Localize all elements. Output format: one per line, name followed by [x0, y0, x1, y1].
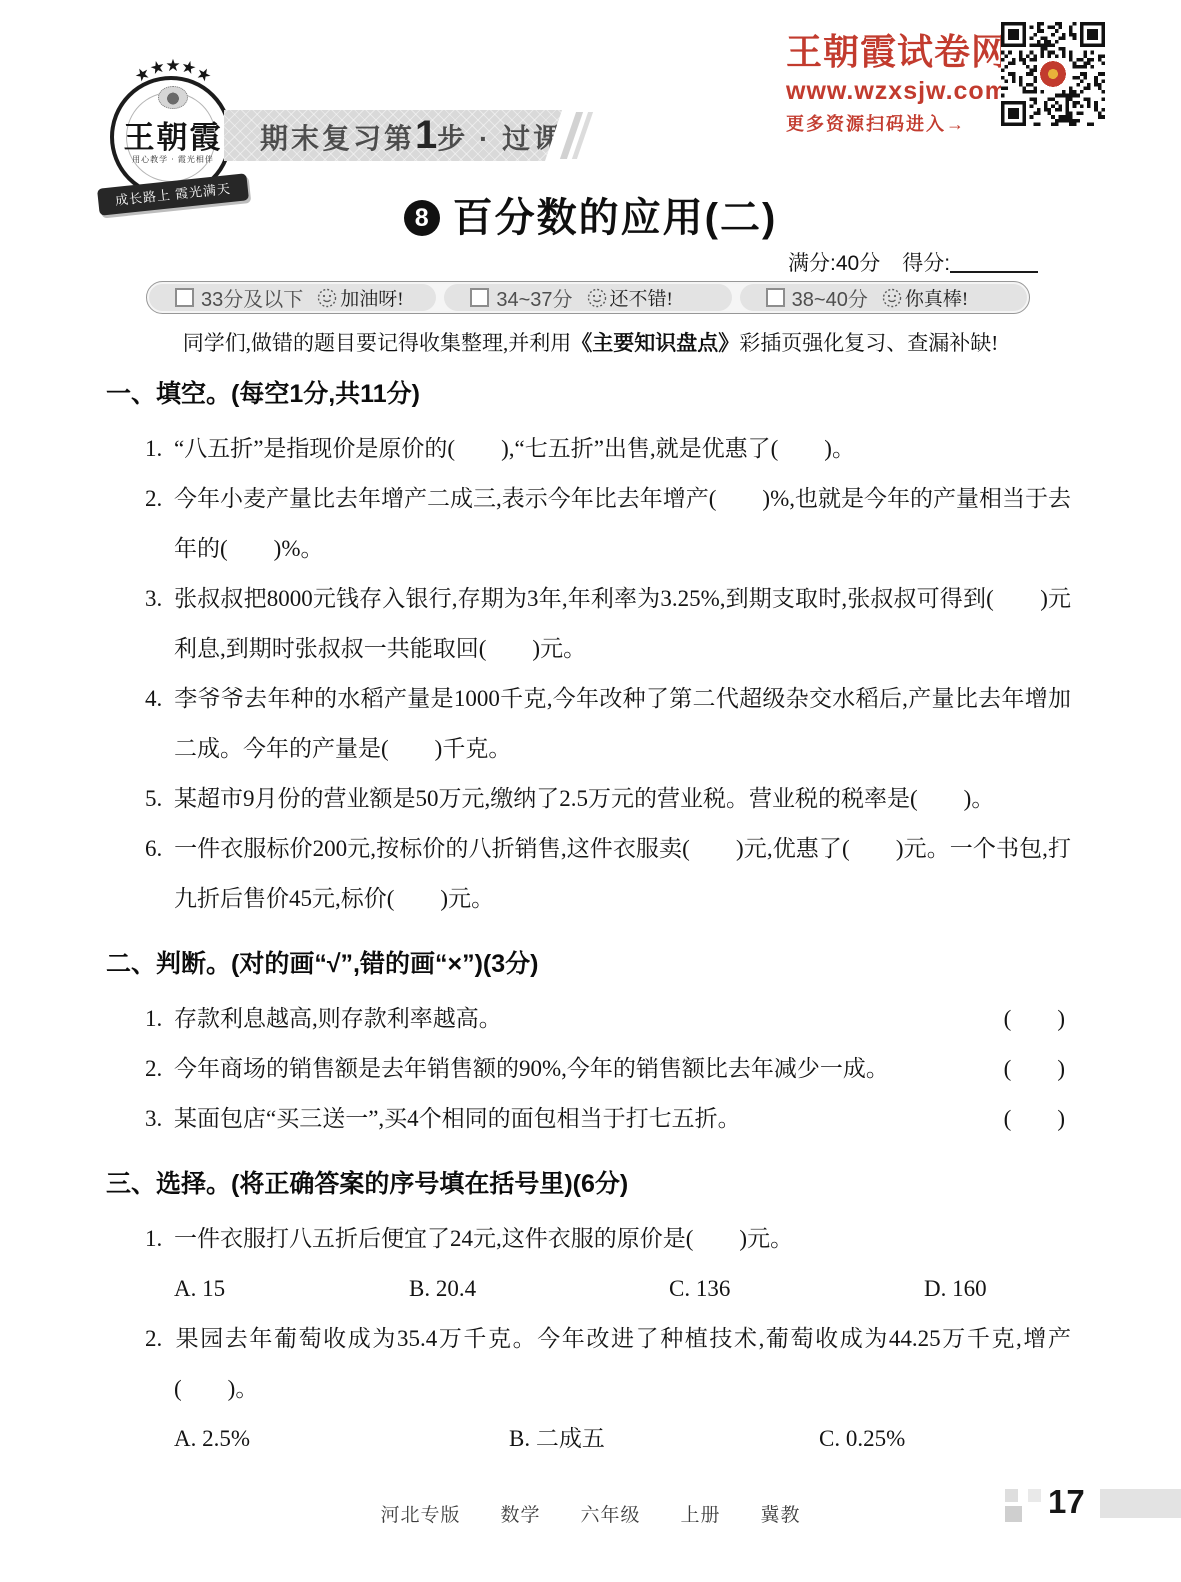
question: 1.“八五折”是指现价是原价的( ),“七五折”出售,就是优惠了( )。 — [145, 424, 1071, 474]
content: 一、填空。(每空1分,共11分) 1.“八五折”是指现价是原价的( ),“七五折… — [106, 376, 1071, 1464]
qr-code — [1001, 22, 1105, 126]
notice-book-title: 《主要知识盘点》 — [571, 332, 739, 355]
option-a: A. 15 — [174, 1264, 409, 1314]
notice-pre: 同学们,做错的题目要记得收集整理,并利用 — [183, 331, 572, 355]
smiley-icon — [317, 288, 337, 308]
question-text: 张叔叔把8000元钱存入银行,存期为3年,年利率为3.25%,到期支取时,张叔叔… — [174, 586, 1071, 661]
question: 2.今年商场的销售额是去年销售额的90%,今年的销售额比去年减少一成。( ) — [145, 1044, 1071, 1094]
section-heading-fill: 一、填空。(每空1分,共11分) — [106, 376, 1071, 412]
option-b: B. 二成五 — [509, 1414, 819, 1464]
answer-bracket: ( ) — [1004, 1044, 1071, 1094]
section-heading-judge: 二、判断。(对的画“√”,错的画“×”)(3分) — [106, 946, 1071, 982]
question-number: 2. — [145, 474, 174, 524]
question: 1.存款利息越高,则存款利率越高。( ) — [145, 994, 1071, 1044]
question: 2.果园去年葡萄收成为35.4万千克。今年改进了种植技术,葡萄收成为44.25万… — [145, 1314, 1071, 1414]
score-comment: 还不错! — [610, 284, 673, 311]
smiley-icon — [587, 288, 607, 308]
question-number: 1. — [145, 424, 174, 474]
worksheet-page: ★★★★★ 王朝霞 用心教学 · 霞光相伴 成长路上 霞光满天 期末复习第1步 … — [0, 0, 1181, 1582]
answer-bracket: ( ) — [1004, 1094, 1071, 1144]
logo-subtext: 用心教学 · 霞光相伴 — [114, 154, 232, 165]
option-row: A. 2.5% B. 二成五 C. 0.25% — [106, 1414, 1071, 1464]
score-comment: 你真棒! — [905, 284, 968, 311]
answer-bracket: ( ) — [1004, 994, 1071, 1044]
brand-site-url: www.wzxsjw.com — [786, 77, 994, 106]
title-row: 8百分数的应用(二) — [0, 186, 1181, 243]
banner-step-number: 1 — [415, 113, 437, 157]
question-number: 2. — [145, 1314, 174, 1364]
question: 4.李爷爷去年种的水稻产量是1000千克,今年改种了第二代超级杂交水稻后,产量比… — [145, 674, 1071, 774]
score-range: 34~37分 — [496, 283, 572, 312]
brand-scan-hint: 更多资源扫码进入→ — [786, 110, 994, 136]
question-text: 果园去年葡萄收成为35.4万千克。今年改进了种植技术,葡萄收成为44.25万千克… — [174, 1326, 1071, 1401]
score-range: 38~40分 — [792, 283, 868, 312]
star-icons: ★★★★★ — [106, 56, 240, 76]
score-segment: 34~37分 还不错! — [444, 284, 731, 311]
score-checkbox[interactable] — [470, 288, 489, 307]
question-text: “八五折”是指现价是原价的( ),“七五折”出售,就是优惠了( )。 — [174, 436, 855, 461]
page-number-decor — [1005, 1506, 1022, 1522]
question-number: 3. — [145, 1094, 174, 1144]
question: 3.某面包店“买三送一”,买4个相同的面包相当于打七五折。( ) — [145, 1094, 1071, 1144]
question-text: 某超市9月份的营业额是50万元,缴纳了2.5万元的营业税。营业税的税率是( )。 — [174, 786, 994, 811]
smiley-icon — [882, 288, 902, 308]
question-text: 今年商场的销售额是去年销售额的90%,今年的销售额比去年减少一成。 — [174, 1044, 992, 1094]
page-number-decor — [1005, 1489, 1018, 1502]
score-segment: 38~40分 你真棒! — [740, 284, 1027, 311]
notice-post: 彩插页强化复习、查漏补缺! — [739, 331, 998, 355]
question-text: 一件衣服打八五折后便宜了24元,这件衣服的原价是( )元。 — [174, 1226, 793, 1251]
question-number: 1. — [145, 1214, 174, 1264]
score-comment: 加油呀! — [340, 284, 403, 311]
question: 6.一件衣服标价200元,按标价的八折销售,这件衣服卖( )元,优惠了( )元。… — [145, 824, 1071, 924]
question-text: 存款利息越高,则存款利率越高。 — [174, 994, 992, 1044]
footer-edition: 河北专版 数学 六年级 上册 冀教 — [0, 1500, 1181, 1527]
score-segment: 33分及以下 加油呀! — [149, 284, 436, 311]
option-c: C. 136 — [669, 1264, 924, 1314]
question-text: 某面包店“买三送一”,买4个相同的面包相当于打七五折。 — [174, 1094, 992, 1144]
page-title: 百分数的应用(二) — [453, 196, 778, 240]
question-number: 3. — [145, 574, 174, 624]
question-text: 李爷爷去年种的水稻产量是1000千克,今年改种了第二代超级杂交水稻后,产量比去年… — [174, 686, 1071, 761]
score-blank — [950, 252, 1038, 273]
option-row: A. 15 B. 20.4 C. 136 D. 160 — [106, 1264, 1071, 1314]
question-text: 一件衣服标价200元,按标价的八折销售,这件衣服卖( )元,优惠了( )元。一个… — [174, 836, 1071, 911]
question-number: 1. — [145, 994, 174, 1044]
score-checkbox[interactable] — [766, 288, 785, 307]
notice: 同学们,做错的题目要记得收集整理,并利用《主要知识盘点》彩插页强化复习、查漏补缺… — [0, 327, 1181, 357]
question-number: 2. — [145, 1044, 174, 1094]
page-number-decor — [1028, 1489, 1041, 1502]
brand-block: 王朝霞试卷网 www.wzxsjw.com 更多资源扫码进入→ — [786, 24, 994, 136]
question: 1.一件衣服打八五折后便宜了24元,这件衣服的原价是( )元。 — [145, 1214, 1071, 1264]
score-bar: 33分及以下 加油呀! 34~37分 还不错! 38~40分 你真棒! — [146, 281, 1030, 314]
logo-name: 王朝霞 — [114, 112, 232, 157]
review-step-banner: 期末复习第1步 · 过课本 — [224, 110, 562, 161]
score-range: 33分及以下 — [201, 283, 303, 312]
brand-site-name: 王朝霞试卷网 — [786, 24, 994, 75]
section-heading-choice: 三、选择。(将正确答案的序号填在括号里)(6分) — [106, 1166, 1071, 1202]
option-d: D. 160 — [924, 1264, 1071, 1314]
question-text: 今年小麦产量比去年增产二成三,表示今年比去年增产( )%,也就是今年的产量相当于… — [174, 486, 1071, 561]
banner-text-pre: 期末复习第 — [260, 123, 415, 154]
question-number: 6. — [145, 824, 174, 874]
portrait-icon — [158, 86, 188, 109]
option-c: C. 0.25% — [819, 1414, 1071, 1464]
page-number: 17 — [1048, 1483, 1085, 1521]
score-checkbox[interactable] — [175, 288, 194, 307]
page-number-bar — [1100, 1489, 1181, 1518]
full-score-label: 满分:40分 — [788, 252, 880, 275]
question: 2.今年小麦产量比去年增产二成三,表示今年比去年增产( )%,也就是今年的产量相… — [145, 474, 1071, 574]
score-label: 得分: — [902, 252, 950, 275]
question: 3.张叔叔把8000元钱存入银行,存期为3年,年利率为3.25%,到期支取时,张… — [145, 574, 1071, 674]
option-b: B. 20.4 — [409, 1264, 669, 1314]
question-number: 4. — [145, 674, 174, 724]
option-a: A. 2.5% — [174, 1414, 509, 1464]
question-number: 5. — [145, 774, 174, 824]
lesson-number-badge: 8 — [404, 200, 440, 236]
question: 5.某超市9月份的营业额是50万元,缴纳了2.5万元的营业税。营业税的税率是( … — [145, 774, 1071, 824]
score-line: 满分:40分得分: — [788, 247, 1038, 277]
